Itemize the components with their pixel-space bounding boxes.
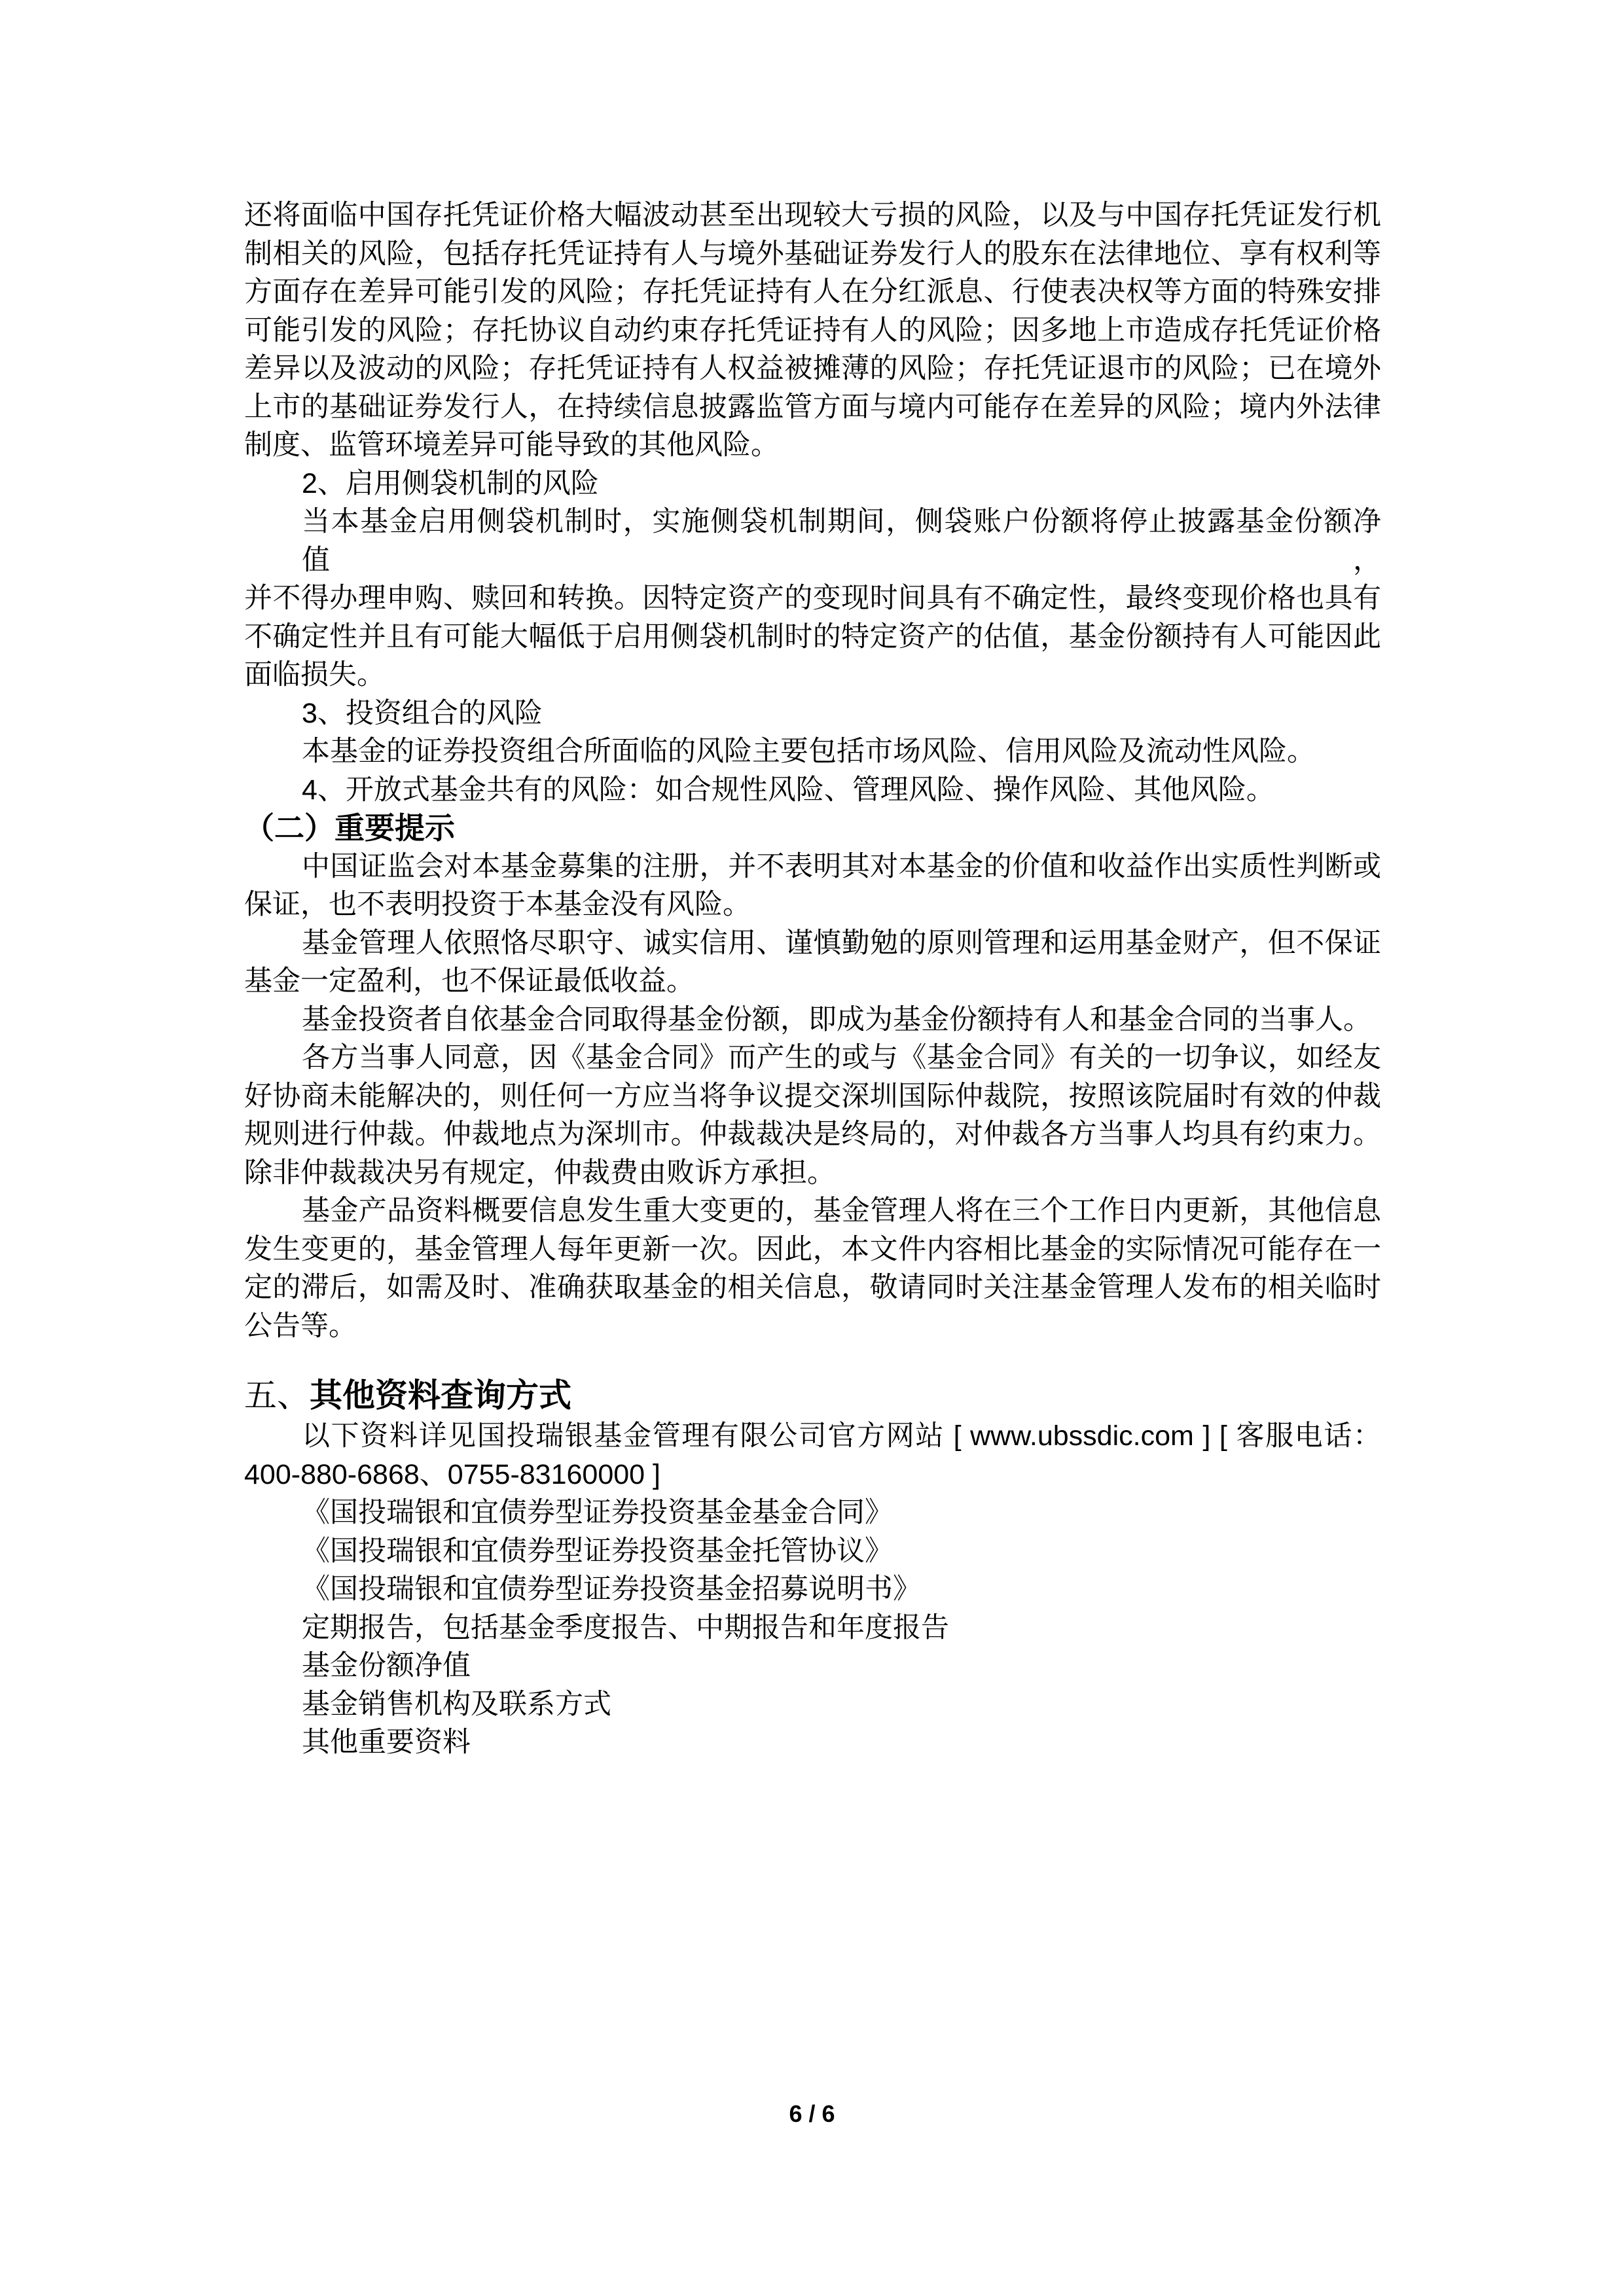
text-line: 定期报告，包括基金季度报告、中期报告和年度报告	[244, 1609, 1381, 1647]
text-line: 基金管理人依照恪尽职守、诚实信用、谨慎勤勉的原则管理和运用基金财产，但不保证	[244, 924, 1381, 963]
text-line: 好协商未能解决的，则任何一方应当将争议提交深圳国际仲裁院，按照该院届时有效的仲裁	[244, 1077, 1381, 1116]
heading-title: 其他资料查询方式	[310, 1377, 571, 1414]
page: { "page": { "background": "#ffffff", "te…	[0, 0, 1624, 2296]
text-line: 其他重要资料	[244, 1723, 1381, 1762]
text-line: 基金产品资料概要信息发生重大变更的，基金管理人将在三个工作日内更新，其他信息	[244, 1192, 1381, 1230]
text-line: 并不得办理申购、赎回和转换。因特定资产的变现时间具有不确定性，最终变现价格也具有	[244, 579, 1381, 618]
text-line: 基金份额净值	[244, 1647, 1381, 1685]
text-line: 3、投资组合的风险	[244, 694, 1381, 733]
text-line: 中国证监会对本基金募集的注册，并不表明其对本基金的价值和收益作出实质性判断或	[244, 848, 1381, 886]
text-line: 本基金的证券投资组合所面临的风险主要包括市场风险、信用风险及流动性风险。	[244, 732, 1381, 771]
text-line: 以下资料详见国投瑞银基金管理有限公司官方网站 [ www.ubssdic.com…	[244, 1417, 1381, 1456]
text-line: 还将面临中国存托凭证价格大幅波动甚至出现较大亏损的风险，以及与中国存托凭证发行机	[244, 196, 1381, 235]
content-column: 还将面临中国存托凭证价格大幅波动甚至出现较大亏损的风险，以及与中国存托凭证发行机…	[244, 196, 1381, 1762]
text-line: 当本基金启用侧袋机制时，实施侧袋机制期间，侧袋账户份额将停止披露基金份额净值，	[244, 503, 1381, 579]
page-footer: 6 / 6	[0, 2100, 1624, 2128]
text-line: 基金投资者自依基金合同取得基金份额，即成为基金份额持有人和基金合同的当事人。	[244, 1001, 1381, 1039]
subsection-heading: （二）重要提示	[244, 809, 1381, 848]
text-line: 基金一定盈利，也不保证最低收益。	[244, 962, 1381, 1001]
text-line: 基金销售机构及联系方式	[244, 1685, 1381, 1724]
text-line: 制度、监管环境差异可能导致的其他风险。	[244, 426, 1381, 465]
text-line: 可能引发的风险；存托协议自动约束存托凭证持有人的风险；因多地上市造成存托凭证价格	[244, 312, 1381, 350]
heading-number: 五、	[244, 1377, 310, 1414]
text-line: 不确定性并且有可能大幅低于启用侧袋机制时的特定资产的估值，基金份额持有人可能因此	[244, 618, 1381, 656]
text-line: 差异以及波动的风险；存托凭证持有人权益被摊薄的风险；存托凭证退市的风险；已在境外	[244, 350, 1381, 388]
text-line: 上市的基础证券发行人，在持续信息披露监管方面与境内可能存在差异的风险；境内外法律	[244, 388, 1381, 427]
text-line: 面临损失。	[244, 656, 1381, 694]
text-line: 各方当事人同意，因《基金合同》而产生的或与《基金合同》有关的一切争议，如经友	[244, 1039, 1381, 1077]
text-line: 方面存在差异可能引发的风险；存托凭证持有人在分红派息、行使表决权等方面的特殊安排	[244, 273, 1381, 312]
text-line: 《国投瑞银和宜债券型证券投资基金托管协议》	[244, 1532, 1381, 1571]
section-heading: 五、其他资料查询方式	[244, 1374, 1381, 1417]
text-line: 保证，也不表明投资于本基金没有风险。	[244, 886, 1381, 924]
text-line: 定的滞后，如需及时、准确获取基金的相关信息，敬请同时关注基金管理人发布的相关临时	[244, 1268, 1381, 1307]
text-line: 2、启用侧袋机制的风险	[244, 465, 1381, 503]
text-line: 《国投瑞银和宜债券型证券投资基金基金合同》	[244, 1494, 1381, 1532]
text-line: 制相关的风险，包括存托凭证持有人与境外基础证券发行人的股东在法律地位、享有权利等	[244, 235, 1381, 274]
text-line: 4、开放式基金共有的风险：如合规性风险、管理风险、操作风险、其他风险。	[244, 771, 1381, 810]
text-line: 除非仲裁裁决另有规定，仲裁费由败诉方承担。	[244, 1154, 1381, 1193]
text-line: 《国投瑞银和宜债券型证券投资基金招募说明书》	[244, 1570, 1381, 1609]
page-number: 6 / 6	[789, 2100, 835, 2127]
text-line: 规则进行仲裁。仲裁地点为深圳市。仲裁裁决是终局的，对仲裁各方当事人均具有约束力。	[244, 1115, 1381, 1154]
text-line: 400-880-6868、0755-83160000 ]	[244, 1456, 1381, 1494]
text-line: 公告等。	[244, 1307, 1381, 1346]
text-line: 发生变更的，基金管理人每年更新一次。因此，本文件内容相比基金的实际情况可能存在一	[244, 1230, 1381, 1269]
